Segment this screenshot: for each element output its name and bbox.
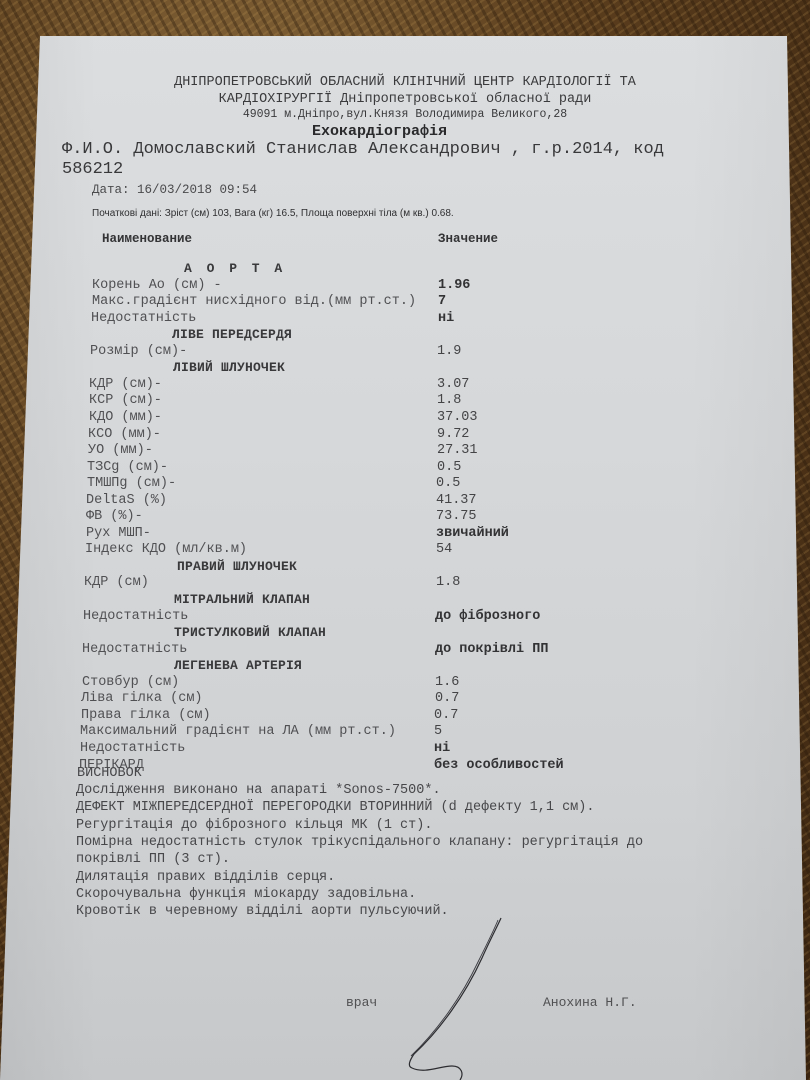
row-value: до фіброзного xyxy=(435,609,540,624)
section-title: ПРАВИЙ ШЛУНОЧЕК xyxy=(177,559,297,574)
initial-data: Початкові дані: Зріст (см) 103, Вага (кг… xyxy=(92,208,454,219)
row-label: Індекс КДО (мл/кв.м) xyxy=(85,542,247,557)
row-value: ні xyxy=(434,741,450,756)
row-label: Недостатність xyxy=(91,311,196,326)
row-value: 1.8 xyxy=(436,575,460,590)
row-value: 54 xyxy=(436,542,452,557)
section-title: А О Р Т А xyxy=(184,261,286,276)
conclusion-line: Регургітація до фіброзного кільця МК (1 … xyxy=(76,818,432,833)
institution-line-2: КАРДІОХІРУРГІЇ Дніпропетровської обласно… xyxy=(0,92,810,107)
row-label: Недостатність xyxy=(80,741,185,756)
conclusion-line: Помірна недостатність стулок трікуспідал… xyxy=(76,835,643,850)
row-value: 73.75 xyxy=(436,509,477,524)
section-title: ЛЕГЕНЕВА АРТЕРІЯ xyxy=(174,658,302,673)
institution-address: 49091 м.Дніпро,вул.Князя Володимира Вели… xyxy=(0,108,810,121)
row-label: КДО (мм)- xyxy=(89,410,162,425)
section-title: ЛІВЕ ПЕРЕДСЕРДЯ xyxy=(172,327,292,342)
row-value: 7 xyxy=(438,294,446,309)
row-label: КСР (см)- xyxy=(89,393,162,408)
row-value: звичайний xyxy=(436,526,509,541)
row-label: КДР (см) xyxy=(84,575,149,590)
row-value: 1.6 xyxy=(435,675,459,690)
conclusion-line: ДЕФЕКТ МІЖПЕРЕДСЕРДНОЇ ПЕРЕГОРОДКИ ВТОРИ… xyxy=(76,800,594,815)
signature-role: врач xyxy=(346,995,377,1010)
row-value: 0.5 xyxy=(436,476,460,491)
row-value: 5 xyxy=(434,724,442,739)
column-header-value: Значение xyxy=(438,232,498,246)
row-value: без особливостей xyxy=(434,758,564,773)
column-header-name: Наименование xyxy=(102,232,192,246)
conclusion-line: Дилятація правих відділів серця. xyxy=(76,870,335,885)
row-label: Права гілка (см) xyxy=(81,708,211,723)
row-value: 0.7 xyxy=(435,691,459,706)
row-value: ні xyxy=(438,311,454,326)
conclusion-line: Дослідження виконано на апараті *Sonos-7… xyxy=(76,783,441,798)
row-label: Розмір (см)- xyxy=(90,344,187,359)
row-label: ТЗСg (см)- xyxy=(87,460,168,475)
row-label: КСО (мм)- xyxy=(88,427,161,442)
row-value: 3.07 xyxy=(437,377,469,392)
conclusion-line: покрівлі ПП (3 ст). xyxy=(76,852,230,867)
row-value: 0.5 xyxy=(437,460,461,475)
section-title: МІТРАЛЬНИЙ КЛАПАН xyxy=(174,592,310,607)
row-value: 1.9 xyxy=(437,344,461,359)
row-label: Недостатність xyxy=(83,609,188,624)
row-value: 1.8 xyxy=(437,393,461,408)
row-label: ТМШПg (см)- xyxy=(87,476,176,491)
section-title: ЛІВИЙ ШЛУНОЧЕК xyxy=(173,360,285,375)
row-label: Недостатність xyxy=(82,642,187,657)
row-label: Рух МШП- xyxy=(86,526,151,541)
row-value: 41.37 xyxy=(436,493,477,508)
row-value: 9.72 xyxy=(437,427,469,442)
exam-date: Дата: 16/03/2018 09:54 xyxy=(92,183,257,197)
row-label: Корень Ао (см) - xyxy=(92,278,222,293)
row-label: Ліва гілка (см) xyxy=(81,691,203,706)
row-value: 37.03 xyxy=(437,410,478,425)
institution-line-1: ДНІПРОПЕТРОВСЬКИЙ ОБЛАСНИЙ КЛІНІЧНИЙ ЦЕН… xyxy=(0,75,810,90)
signature-name: Анохина Н.Г. xyxy=(543,995,637,1010)
conclusion-title: ВИСНОВОК xyxy=(77,766,142,781)
section-title: ТРИСТУЛКОВИЙ КЛАПАН xyxy=(174,625,326,640)
row-value: 1.96 xyxy=(438,278,470,293)
row-label: УО (мм)- xyxy=(88,443,153,458)
report-title: Ехокардіографія xyxy=(312,123,447,140)
row-value: до покрівлі ПП xyxy=(435,642,548,657)
row-label: КДР (см)- xyxy=(89,377,162,392)
row-label: Стовбур (см) xyxy=(82,675,179,690)
patient-line-1: Ф.И.О. Домославский Станислав Александро… xyxy=(62,140,664,159)
row-label: DeltaS (%) xyxy=(86,493,167,508)
patient-line-2: 586212 xyxy=(62,160,123,179)
conclusion-line: Скорочувальна функція міокарду задовільн… xyxy=(76,887,416,902)
row-label: Максимальний градієнт на ЛА (мм рт.ст.) xyxy=(80,724,396,739)
row-label: Макс.градієнт нисхідного від.(мм рт.ст.) xyxy=(92,294,416,309)
row-value: 27.31 xyxy=(437,443,478,458)
row-label: ФВ (%)- xyxy=(86,509,143,524)
row-value: 0.7 xyxy=(434,708,458,723)
conclusion-line: Кровотік в черевному відділі аорти пульс… xyxy=(76,904,449,919)
